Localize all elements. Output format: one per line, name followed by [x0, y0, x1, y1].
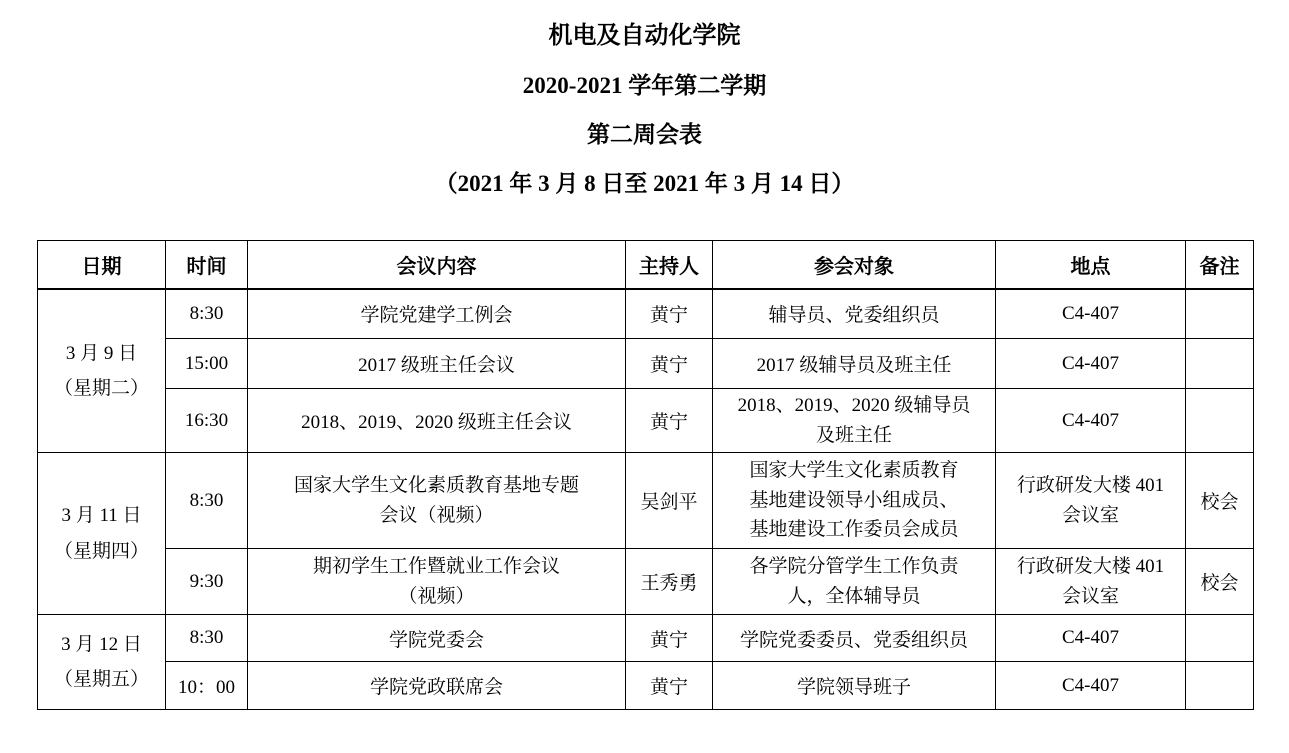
participants-cell: 各学院分管学生工作负责 人，全体辅导员 — [713, 549, 996, 615]
host-cell: 黄宁 — [626, 289, 713, 339]
date-text: 3 月 9 日 — [43, 336, 160, 371]
table-row: 9:30 期初学生工作暨就业工作会议 （视频） 王秀勇 各学院分管学生工作负责 … — [38, 549, 1254, 615]
week-title: 第二周会表 — [0, 110, 1289, 159]
time-cell: 16:30 — [166, 389, 248, 453]
remark-cell: 校会 — [1186, 453, 1254, 549]
meeting-schedule-table: 日期 时间 会议内容 主持人 参会对象 地点 备注 3 月 9 日 （星期二） … — [37, 240, 1254, 710]
participants-cell: 学院领导班子 — [713, 662, 996, 710]
content-cell: 学院党政联席会 — [248, 662, 626, 710]
header-remark: 备注 — [1186, 241, 1254, 289]
weekday-text: （星期四） — [43, 534, 160, 569]
time-cell: 8:30 — [166, 453, 248, 549]
location-cell: 行政研发大楼 401 会议室 — [996, 549, 1186, 615]
date-text: 3 月 12 日 — [43, 627, 160, 662]
remark-cell — [1186, 389, 1254, 453]
table-row: 10：00 学院党政联席会 黄宁 学院领导班子 C4-407 — [38, 662, 1254, 710]
weekday-text: （星期五） — [43, 662, 160, 697]
table-row: 3 月 12 日 （星期五） 8:30 学院党委会 黄宁 学院党委委员、党委组织… — [38, 615, 1254, 662]
header-participants: 参会对象 — [713, 241, 996, 289]
date-cell: 3 月 9 日 （星期二） — [38, 289, 166, 453]
content-cell: 期初学生工作暨就业工作会议 （视频） — [248, 549, 626, 615]
remark-cell — [1186, 615, 1254, 662]
date-text: 3 月 11 日 — [43, 498, 160, 533]
document-header: 机电及自动化学院 2020-2021 学年第二学期 第二周会表 （2021 年 … — [0, 0, 1289, 208]
host-cell: 吴剑平 — [626, 453, 713, 549]
host-cell: 黄宁 — [626, 662, 713, 710]
content-cell: 2018、2019、2020 级班主任会议 — [248, 389, 626, 453]
date-range-title: （2021 年 3 月 8 日至 2021 年 3 月 14 日） — [0, 159, 1289, 208]
location-cell: C4-407 — [996, 662, 1186, 710]
remark-cell — [1186, 339, 1254, 389]
host-cell: 王秀勇 — [626, 549, 713, 615]
location-cell: C4-407 — [996, 289, 1186, 339]
location-cell: 行政研发大楼 401 会议室 — [996, 453, 1186, 549]
time-cell: 9:30 — [166, 549, 248, 615]
content-cell: 国家大学生文化素质教育基地专题 会议（视频） — [248, 453, 626, 549]
header-row: 日期 时间 会议内容 主持人 参会对象 地点 备注 — [38, 241, 1254, 289]
header-date: 日期 — [38, 241, 166, 289]
time-cell: 10：00 — [166, 662, 248, 710]
content-cell: 学院党建学工例会 — [248, 289, 626, 339]
header-content: 会议内容 — [248, 241, 626, 289]
location-cell: C4-407 — [996, 339, 1186, 389]
content-cell: 2017 级班主任会议 — [248, 339, 626, 389]
college-title: 机电及自动化学院 — [0, 12, 1289, 61]
semester-title: 2020-2021 学年第二学期 — [0, 61, 1289, 110]
table-row: 16:30 2018、2019、2020 级班主任会议 黄宁 2018、2019… — [38, 389, 1254, 453]
date-cell: 3 月 12 日 （星期五） — [38, 615, 166, 710]
document-page: 机电及自动化学院 2020-2021 学年第二学期 第二周会表 （2021 年 … — [0, 0, 1289, 753]
location-cell: C4-407 — [996, 389, 1186, 453]
location-cell: C4-407 — [996, 615, 1186, 662]
table-row: 3 月 11 日 （星期四） 8:30 国家大学生文化素质教育基地专题 会议（视… — [38, 453, 1254, 549]
time-cell: 15:00 — [166, 339, 248, 389]
time-cell: 8:30 — [166, 615, 248, 662]
participants-cell: 辅导员、党委组织员 — [713, 289, 996, 339]
participants-cell: 2017 级辅导员及班主任 — [713, 339, 996, 389]
host-cell: 黄宁 — [626, 389, 713, 453]
date-cell: 3 月 11 日 （星期四） — [38, 453, 166, 615]
participants-cell: 2018、2019、2020 级辅导员 及班主任 — [713, 389, 996, 453]
remark-cell — [1186, 289, 1254, 339]
table-row: 3 月 9 日 （星期二） 8:30 学院党建学工例会 黄宁 辅导员、党委组织员… — [38, 289, 1254, 339]
host-cell: 黄宁 — [626, 615, 713, 662]
remark-cell — [1186, 662, 1254, 710]
participants-cell: 国家大学生文化素质教育 基地建设领导小组成员、 基地建设工作委员会成员 — [713, 453, 996, 549]
participants-cell: 学院党委委员、党委组织员 — [713, 615, 996, 662]
time-cell: 8:30 — [166, 289, 248, 339]
header-time: 时间 — [166, 241, 248, 289]
header-host: 主持人 — [626, 241, 713, 289]
remark-cell: 校会 — [1186, 549, 1254, 615]
weekday-text: （星期二） — [43, 371, 160, 406]
table-row: 15:00 2017 级班主任会议 黄宁 2017 级辅导员及班主任 C4-40… — [38, 339, 1254, 389]
header-location: 地点 — [996, 241, 1186, 289]
host-cell: 黄宁 — [626, 339, 713, 389]
content-cell: 学院党委会 — [248, 615, 626, 662]
